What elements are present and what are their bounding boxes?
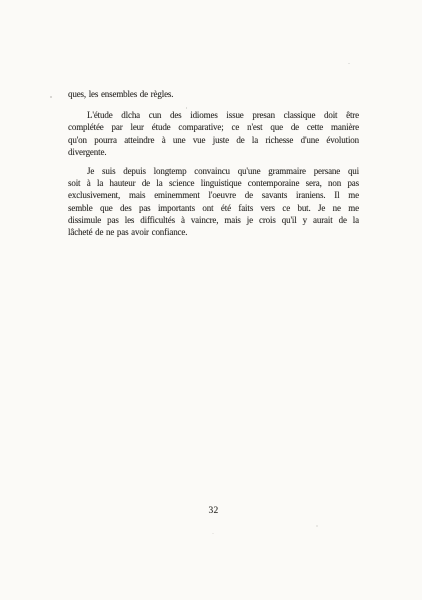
text-line: dissimule pas les difficultés à vaincre,…: [68, 214, 359, 226]
book-page: ques, les ensembles de règles. L'étude d…: [0, 0, 422, 600]
paragraph-continuation: ques, les ensembles de règles.: [68, 88, 359, 100]
scan-speck: [348, 63, 350, 64]
text-line: L'étude dlcha cun des idiomes issue pres…: [68, 109, 359, 121]
page-number: 32: [68, 506, 359, 517]
text-line: soit à la hauteur de la science linguist…: [68, 177, 359, 189]
text-line: ques, les ensembles de règles.: [68, 88, 359, 100]
scan-speck: [316, 525, 318, 527]
paragraph-etude: L'étude dlcha cun des idiomes issue pres…: [68, 109, 359, 158]
scan-speck: [186, 107, 187, 109]
text-line: divergente.: [68, 146, 359, 158]
text-line: lâcheté de ne pas avoir confiance.: [68, 226, 359, 238]
text-line: Je suis depuis longtemp convaincu qu'une…: [68, 165, 359, 177]
paragraph-grammaire: Je suis depuis longtemp convaincu qu'une…: [68, 165, 359, 238]
text-block: ques, les ensembles de règles. L'étude d…: [68, 88, 359, 238]
scan-speck: [212, 533, 214, 534]
text-line: exclusivement, mais eminemment l'oeuvre …: [68, 189, 359, 201]
text-line: semble que des pas importants ont été fa…: [68, 202, 359, 214]
scan-speck: [50, 96, 52, 98]
text-line: qu'on pourra atteindre à une vue juste d…: [68, 134, 359, 146]
text-line: complétée par leur étude comparative; ce…: [68, 121, 359, 133]
